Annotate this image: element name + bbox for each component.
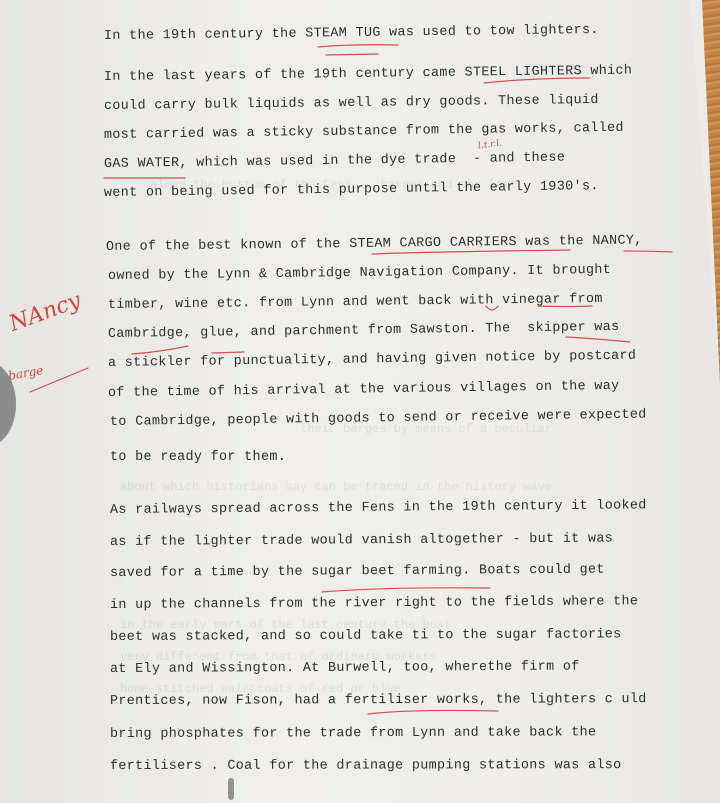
ink-smudge	[228, 778, 234, 800]
typed-page: along the bottom of the Fens... barges a…	[0, 0, 720, 803]
red-pen-markings	[0, 0, 720, 803]
